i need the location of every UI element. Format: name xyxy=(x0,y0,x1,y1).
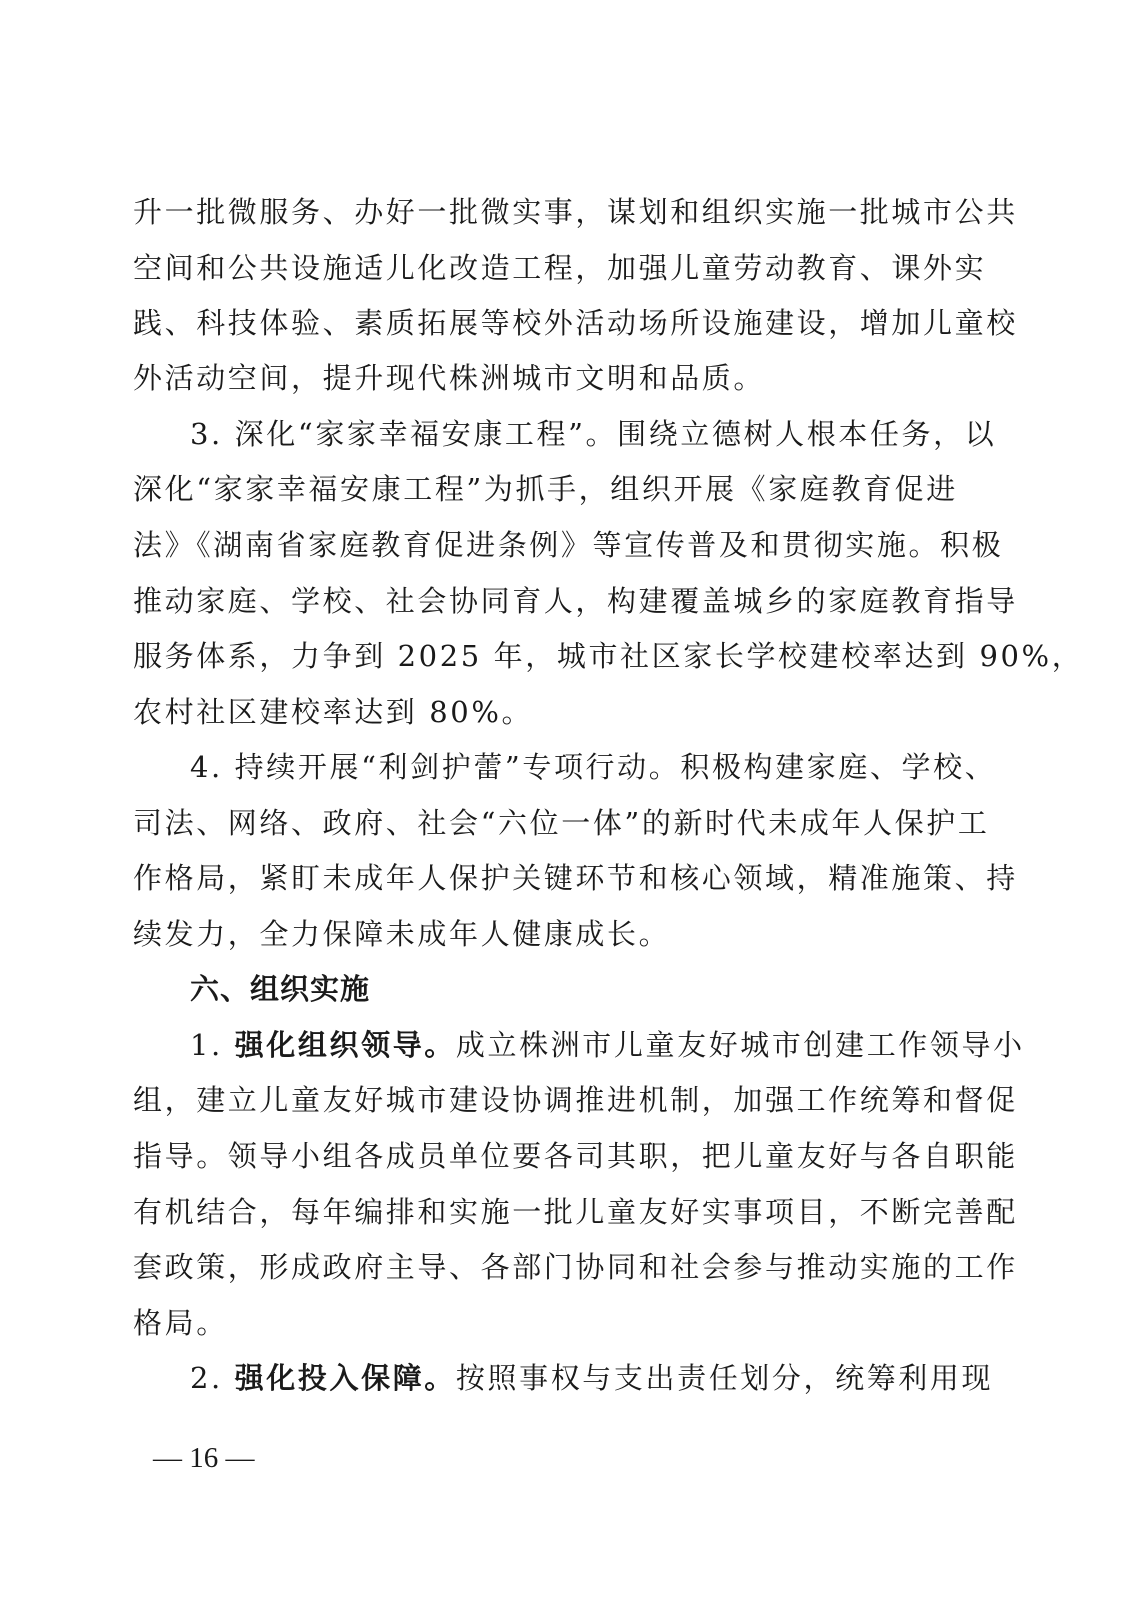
text-line: 指导。领导小组各成员单位要各司其职，把儿童友好与各自职能 xyxy=(133,1138,953,1174)
item-4-first-line: 4. 持续开展“利剑护蕾”专项行动。积极构建家庭、学校、 xyxy=(190,749,953,785)
section-item-1-first-line: 1. 强化组织领导。成立株洲市儿童友好城市创建工作领导小 xyxy=(190,1027,953,1063)
item-text: 成立株洲市儿童友好城市创建工作领导小 xyxy=(456,1028,1025,1062)
section-item-2-first-line: 2. 强化投入保障。按照事权与支出责任划分，统筹利用现 xyxy=(190,1360,953,1396)
item-3-first-line: 3. 深化“家家幸福安康工程”。围绕立德树人根本任务，以 xyxy=(190,416,953,452)
item-text: 按照事权与支出责任划分，统筹利用现 xyxy=(456,1361,993,1395)
item-number: 2. xyxy=(190,1361,235,1395)
text-line: 农村社区建校率达到 80%。 xyxy=(133,694,953,730)
item-number: 1. xyxy=(190,1028,235,1062)
text-line: 格局。 xyxy=(133,1305,953,1341)
text-line: 深化“家家幸福安康工程”为抓手，组织开展《家庭教育促进 xyxy=(133,471,953,507)
item-lead: 强化投入保障。 xyxy=(235,1361,456,1395)
page-number: — 16 — xyxy=(153,1440,255,1476)
text-line: 推动家庭、学校、社会协同育人，构建覆盖城乡的家庭教育指导 xyxy=(133,583,953,619)
text-line: 司法、网络、政府、社会“六位一体”的新时代未成年人保护工 xyxy=(133,805,953,841)
text-line: 空间和公共设施适儿化改造工程，加强儿童劳动教育、课外实 xyxy=(133,250,953,286)
text-line: 升一批微服务、办好一批微实事，谋划和组织实施一批城市公共 xyxy=(133,194,953,230)
item-lead: 强化组织领导。 xyxy=(235,1028,456,1062)
text-line: 践、科技体验、素质拓展等校外活动场所设施建设，增加儿童校 xyxy=(133,305,953,341)
document-page: 升一批微服务、办好一批微实事，谋划和组织实施一批城市公共 空间和公共设施适儿化改… xyxy=(0,0,1130,1600)
text-line: 续发力，全力保障未成年人健康成长。 xyxy=(133,916,953,952)
text-line: 有机结合，每年编排和实施一批儿童友好实事项目，不断完善配 xyxy=(133,1194,953,1230)
section-heading: 六、组织实施 xyxy=(190,971,370,1007)
text-line: 作格局，紧盯未成年人保护关键环节和核心领域，精准施策、持 xyxy=(133,860,953,896)
text-line: 组，建立儿童友好城市建设协调推进机制，加强工作统筹和督促 xyxy=(133,1082,953,1118)
text-line: 外活动空间，提升现代株洲城市文明和品质。 xyxy=(133,360,953,396)
text-line: 服务体系，力争到 2025 年，城市社区家长学校建校率达到 90%， xyxy=(133,638,953,674)
text-line: 法》《湖南省家庭教育促进条例》等宣传普及和贯彻实施。积极 xyxy=(133,527,953,563)
text-line: 套政策，形成政府主导、各部门协同和社会参与推动实施的工作 xyxy=(133,1249,953,1285)
